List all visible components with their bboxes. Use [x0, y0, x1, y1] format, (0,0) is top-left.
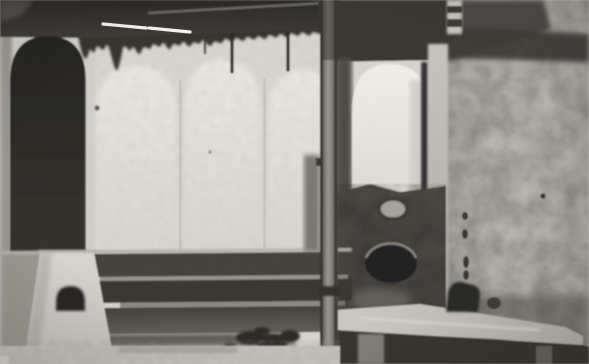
photo-canvas — [0, 0, 589, 364]
archival-photograph: Interior of a bare room: a dark coat rai… — [0, 0, 589, 364]
vignette — [0, 0, 589, 364]
